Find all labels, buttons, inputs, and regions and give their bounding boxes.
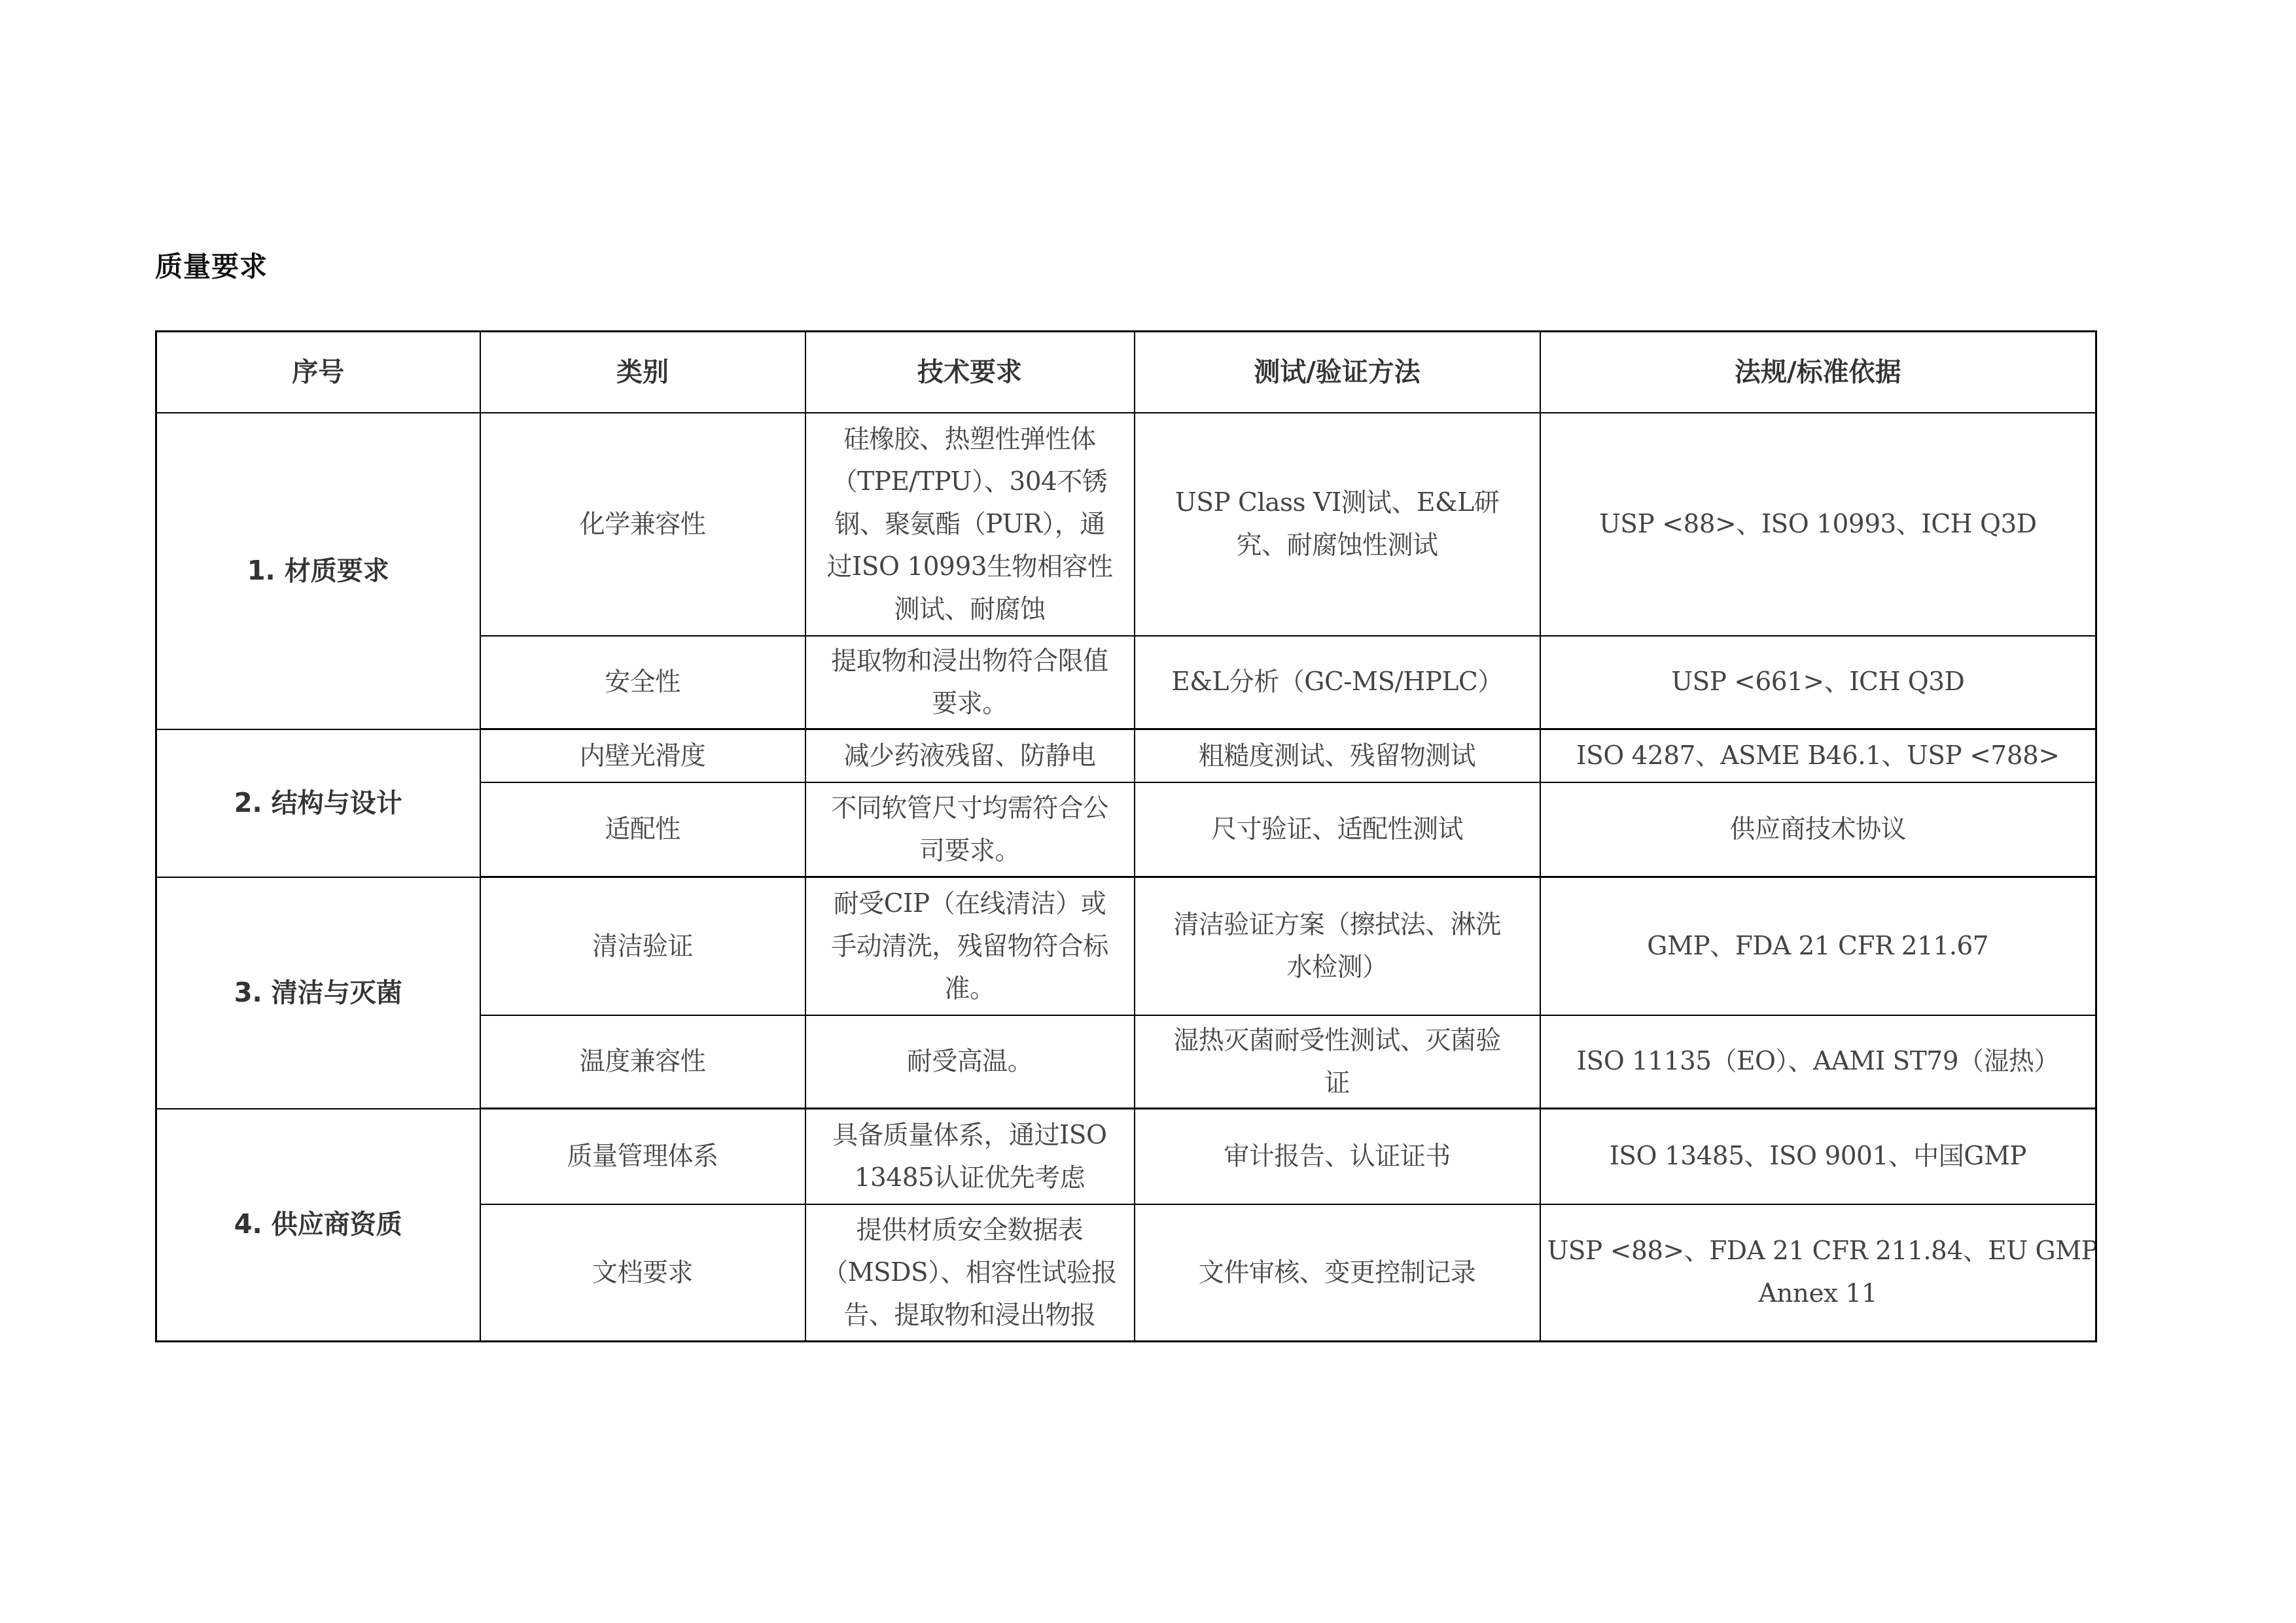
requirement-cell: 不同软管尺寸均需符合公司要求。 [805,782,1135,877]
method-cell: 尺寸验证、适配性测试 [1135,782,1540,877]
cell-line: 减少药液残留、防静电 [813,735,1127,777]
cell-line: 要求。 [813,682,1127,725]
table-row: 2. 结构与设计 内壁光滑度 减少药液残留、防静电 粗糙度测试、残留物测试 IS… [156,729,2096,782]
standard-cell: USP <88>、ISO 10993、ICH Q3D [1540,413,2096,636]
cell-line: 文件审核、变更控制记录 [1142,1251,1533,1294]
cell-line: 不同软管尺寸均需符合公 [813,787,1127,829]
cell-line: 审计报告、认证证书 [1142,1135,1533,1178]
cell-line: 提供材质安全数据表 [813,1209,1127,1251]
cell-line: 耐受CIP（在线清洁）或 [813,882,1127,925]
cell-line: （TPE/TPU）、304不锈 [813,461,1127,503]
cell-line: 钢、聚氨酯（PUR），通 [813,503,1127,546]
group-label: 1. 材质要求 [156,413,480,729]
standard-cell: 供应商技术协议 [1540,782,2096,877]
requirement-cell: 耐受CIP（在线清洁）或手动清洗，残留物符合标准。 [805,877,1135,1015]
requirement-cell: 耐受高温。 [805,1015,1135,1109]
cell-line: 硅橡胶、热塑性弹性体 [813,418,1127,461]
cell-line: 尺寸验证、适配性测试 [1142,808,1533,850]
method-cell: USP Class VI测试、E&L研究、耐腐蚀性测试 [1135,413,1540,636]
category-cell: 化学兼容性 [480,413,805,636]
cell-line: USP <88>、FDA 21 CFR 211.84、EU GMP [1547,1230,2089,1272]
cell-line: GMP、FDA 21 CFR 211.67 [1547,925,2089,968]
cell-line: USP Class VI测试、E&L研 [1142,481,1533,524]
standard-cell: ISO 4287、ASME B46.1、USP <788> [1540,729,2096,782]
cell-line: 究、耐腐蚀性测试 [1142,524,1533,567]
cell-line: 过ISO 10993生物相容性 [813,546,1127,588]
method-cell: 审计报告、认证证书 [1135,1109,1540,1204]
cell-line: （MSDS）、相容性试验报 [813,1251,1127,1294]
cell-line: 准。 [813,968,1127,1010]
category-cell: 适配性 [480,782,805,877]
cell-line: ISO 4287、ASME B46.1、USP <788> [1547,735,2089,777]
group-label: 3. 清洁与灭菌 [156,877,480,1109]
header-category: 类别 [480,332,805,413]
cell-line: 耐受高温。 [813,1040,1127,1083]
cell-line: 告、提取物和浸出物报 [813,1294,1127,1336]
table-header-row: 序号 类别 技术要求 测试/验证方法 法规/标准依据 [156,332,2096,413]
cell-line: USP <661>、ICH Q3D [1547,661,2089,703]
cell-line: ISO 11135（EO）、AAMI ST79（湿热） [1547,1040,2089,1083]
cell-line: ISO 13485、ISO 9001、中国GMP [1547,1135,2089,1178]
requirement-cell: 减少药液残留、防静电 [805,729,1135,782]
standard-cell: ISO 11135（EO）、AAMI ST79（湿热） [1540,1015,2096,1109]
method-cell: E&L分析（GC-MS/HPLC） [1135,636,1540,729]
header-index: 序号 [156,332,480,413]
requirement-cell: 具备质量体系，通过ISO13485认证优先考虑 [805,1109,1135,1204]
cell-line: 供应商技术协议 [1547,808,2089,850]
cell-line: E&L分析（GC-MS/HPLC） [1142,661,1533,703]
cell-line: USP <88>、ISO 10993、ICH Q3D [1547,503,2089,546]
cell-line: 测试、耐腐蚀 [813,588,1127,631]
table-row: 3. 清洁与灭菌 清洁验证 耐受CIP（在线清洁）或手动清洗，残留物符合标准。 … [156,877,2096,1015]
category-cell: 质量管理体系 [480,1109,805,1204]
standard-cell: ISO 13485、ISO 9001、中国GMP [1540,1109,2096,1204]
header-standard: 法规/标准依据 [1540,332,2096,413]
table-row: 1. 材质要求 化学兼容性 硅橡胶、热塑性弹性体（TPE/TPU）、304不锈钢… [156,413,2096,636]
requirement-cell: 提供材质安全数据表（MSDS）、相容性试验报告、提取物和浸出物报 [805,1204,1135,1342]
method-cell: 文件审核、变更控制记录 [1135,1204,1540,1342]
category-cell: 清洁验证 [480,877,805,1015]
category-cell: 安全性 [480,636,805,729]
category-cell: 温度兼容性 [480,1015,805,1109]
requirement-cell: 硅橡胶、热塑性弹性体（TPE/TPU）、304不锈钢、聚氨酯（PUR），通过IS… [805,413,1135,636]
header-method: 测试/验证方法 [1135,332,1540,413]
method-cell: 粗糙度测试、残留物测试 [1135,729,1540,782]
category-cell: 文档要求 [480,1204,805,1342]
cell-line: 手动清洗，残留物符合标 [813,925,1127,968]
standard-cell: USP <88>、FDA 21 CFR 211.84、EU GMPAnnex 1… [1540,1204,2096,1342]
group-label: 4. 供应商资质 [156,1109,480,1342]
cell-line: 司要求。 [813,829,1127,872]
cell-line: 湿热灭菌耐受性测试、灭菌验 [1142,1019,1533,1062]
cell-line: 清洁验证方案（擦拭法、淋洗 [1142,903,1533,946]
cell-line: 具备质量体系，通过ISO [813,1114,1127,1157]
category-cell: 内壁光滑度 [480,729,805,782]
requirement-cell: 提取物和浸出物符合限值要求。 [805,636,1135,729]
standard-cell: GMP、FDA 21 CFR 211.67 [1540,877,2096,1015]
header-requirement: 技术要求 [805,332,1135,413]
cell-line: 13485认证优先考虑 [813,1157,1127,1199]
group-label: 2. 结构与设计 [156,729,480,877]
table-row: 4. 供应商资质 质量管理体系 具备质量体系，通过ISO13485认证优先考虑 … [156,1109,2096,1204]
page-title: 质量要求 [155,249,268,285]
method-cell: 清洁验证方案（擦拭法、淋洗水检测） [1135,877,1540,1015]
quality-requirements-table: 序号 类别 技术要求 测试/验证方法 法规/标准依据 1. 材质要求 化学兼容性… [155,330,2097,1342]
cell-line: 提取物和浸出物符合限值 [813,640,1127,682]
cell-line: 证 [1142,1062,1533,1104]
cell-line: Annex 11 [1547,1272,2089,1315]
standard-cell: USP <661>、ICH Q3D [1540,636,2096,729]
method-cell: 湿热灭菌耐受性测试、灭菌验证 [1135,1015,1540,1109]
cell-line: 粗糙度测试、残留物测试 [1142,735,1533,777]
cell-line: 水检测） [1142,946,1533,988]
